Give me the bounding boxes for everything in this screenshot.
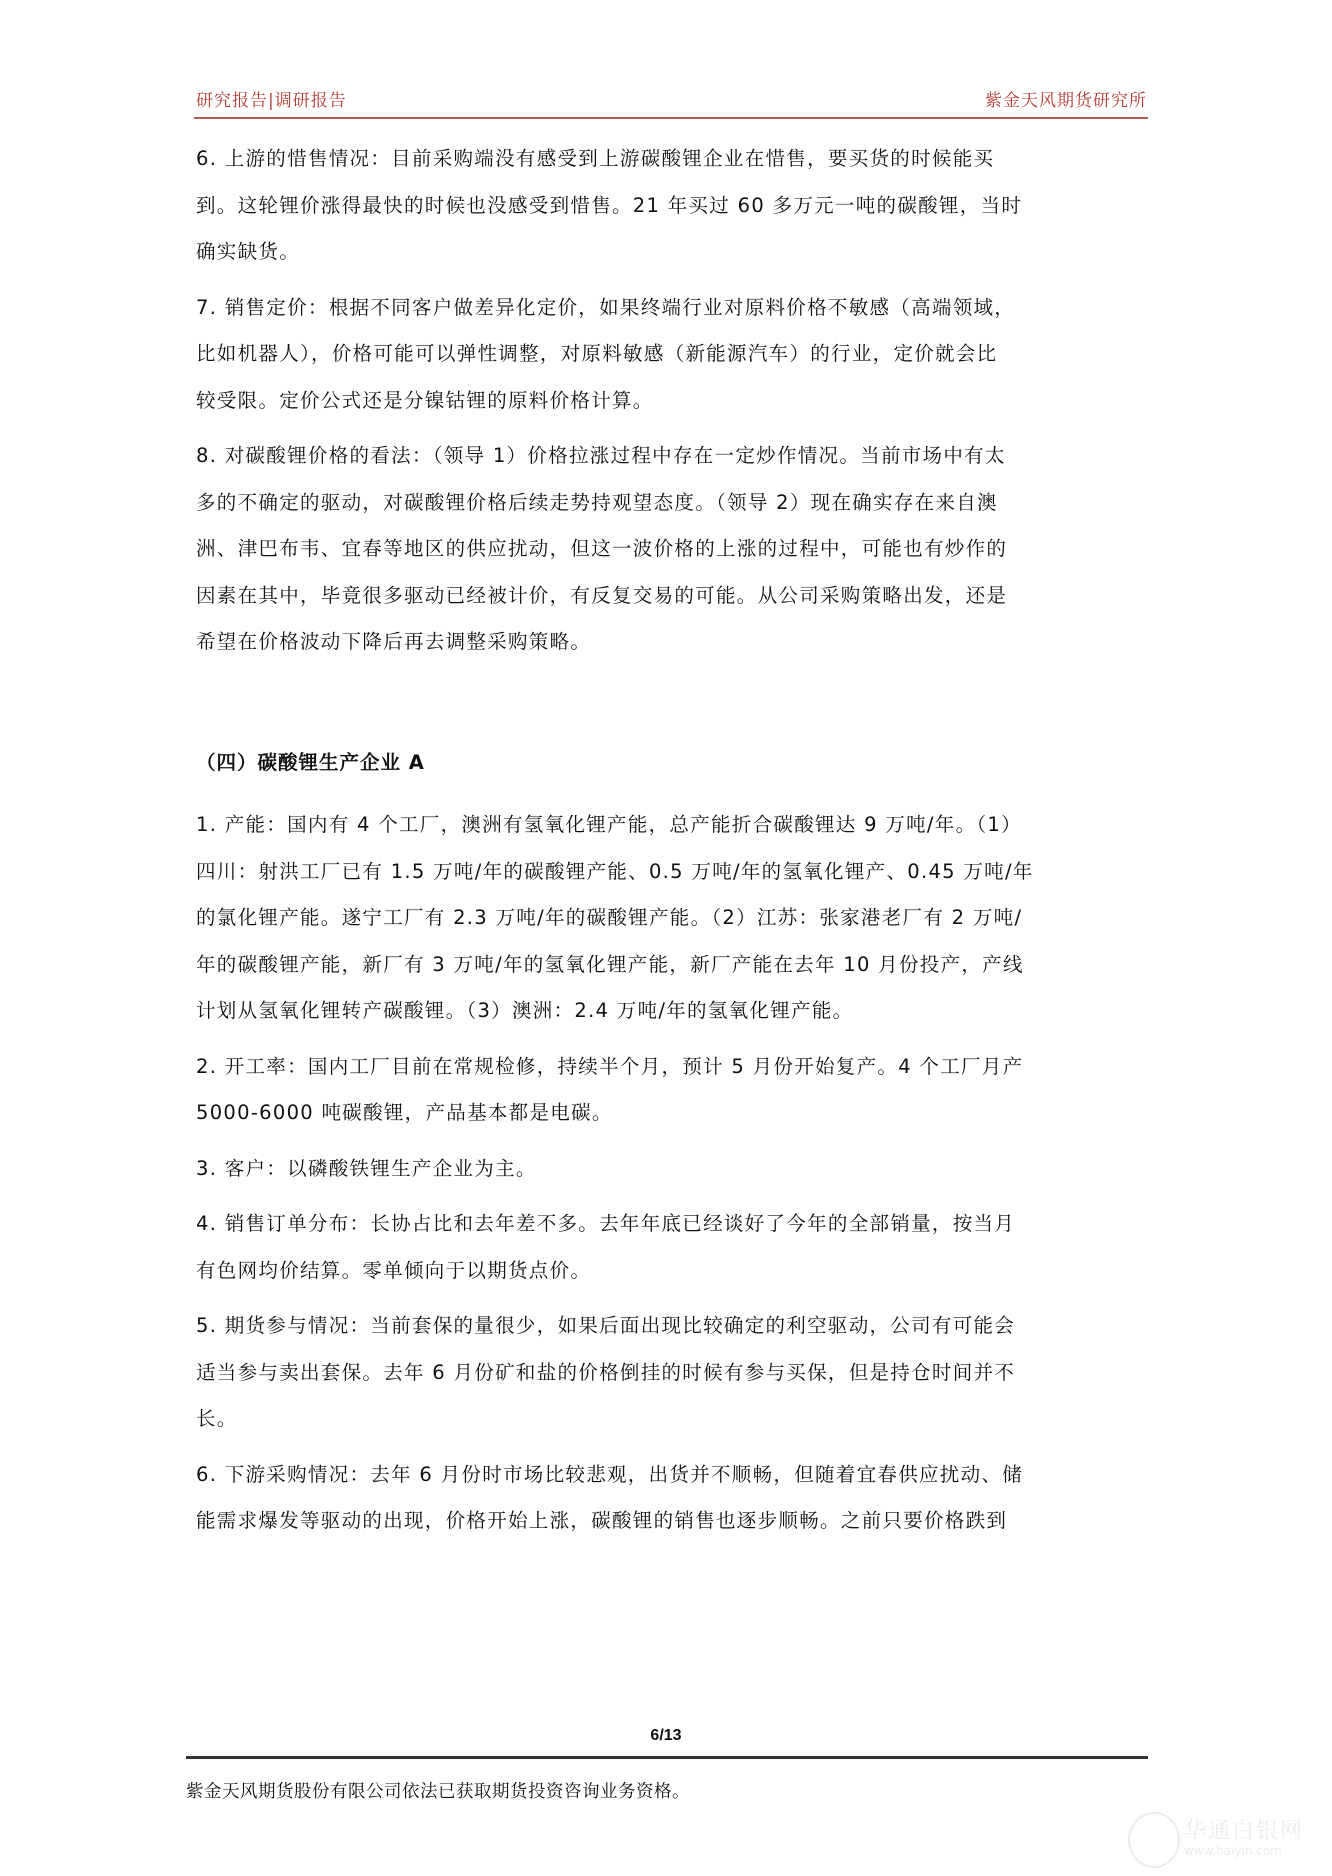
text-line: 因素在其中，毕竟很多驱动已经被计价，有反复交易的可能。从公司采购策略出发，还是	[196, 573, 1156, 620]
text-line: 确实缺货。	[196, 229, 1156, 276]
text-line: 到。这轮锂价涨得最快的时候也没感受到惜售。21 年买过 60 多万元一吨的碳酸锂…	[196, 183, 1156, 230]
text-line: 6. 上游的惜售情况：目前采购端没有感受到上游碳酸锂企业在惜售，要买货的时候能买	[196, 136, 1156, 183]
text-line: 2. 开工率：国内工厂目前在常规检修，持续半个月，预计 5 月份开始复产。4 个…	[196, 1044, 1156, 1091]
item-sales-orders: 4. 销售订单分布：长协占比和去年差不多。去年年底已经谈好了今年的全部销量，按当…	[196, 1201, 1156, 1294]
text-line: 四川：射洪工厂已有 1.5 万吨/年的碳酸锂产能、0.5 万吨/年的氢氧化锂产、…	[196, 849, 1156, 896]
text-line: 适当参与卖出套保。去年 6 月份矿和盐的价格倒挂的时候有参与买保，但是持仓时间并…	[196, 1350, 1156, 1397]
text-line: 希望在价格波动下降后再去调整采购策略。	[196, 619, 1156, 666]
text-line: 的氯化锂产能。遂宁工厂有 2.3 万吨/年的碳酸锂产能。（2）江苏：张家港老厂有…	[196, 895, 1156, 942]
document-body: 6. 上游的惜售情况：目前采购端没有感受到上游碳酸锂企业在惜售，要买货的时候能买…	[196, 136, 1156, 1545]
footer-disclaimer: 紫金天风期货股份有限公司依法已获取期货投资咨询业务资格。	[186, 1778, 690, 1803]
text-line: 4. 销售订单分布：长协占比和去年差不多。去年年底已经谈好了今年的全部销量，按当…	[196, 1201, 1156, 1248]
text-line: 多的不确定的驱动，对碳酸锂价格后续走势持观望态度。（领导 2）现在确实存在来自澳	[196, 480, 1156, 527]
text-line: 比如机器人），价格可能可以弹性调整，对原料敏感（新能源汽车）的行业，定价就会比	[196, 331, 1156, 378]
footer-divider	[186, 1756, 1148, 1759]
watermark-url: www.baiyin.com	[1184, 1844, 1282, 1858]
text-line: 1. 产能：国内有 4 个工厂，澳洲有氢氧化锂产能，总产能折合碳酸锂达 9 万吨…	[196, 802, 1156, 849]
watermark-title: 华通白银网	[1184, 1814, 1304, 1845]
text-line: 6. 下游采购情况：去年 6 月份时市场比较悲观，出货并不顺畅，但随着宜春供应扰…	[196, 1452, 1156, 1499]
text-line: 5. 期货参与情况：当前套保的量很少，如果后面出现比较确定的利空驱动，公司有可能…	[196, 1303, 1156, 1350]
item-customers: 3. 客户：以磷酸铁锂生产企业为主。	[196, 1146, 1156, 1193]
text-line: 有色网均价结算。零单倾向于以期货点价。	[196, 1248, 1156, 1295]
text-line: 洲、津巴布韦、宜春等地区的供应扰动，但这一波价格的上涨的过程中，可能也有炒作的	[196, 526, 1156, 573]
page-number: 6/13	[0, 1727, 1332, 1745]
item-capacity: 1. 产能：国内有 4 个工厂，澳洲有氢氧化锂产能，总产能折合碳酸锂达 9 万吨…	[196, 802, 1156, 1035]
text-line: 7. 销售定价：根据不同客户做差异化定价，如果终端行业对原料价格不敏感（高端领域…	[196, 285, 1156, 332]
item-downstream-purchasing: 6. 下游采购情况：去年 6 月份时市场比较悲观，出货并不顺畅，但随着宜春供应扰…	[196, 1452, 1156, 1545]
paragraph-upstream-hoarding: 6. 上游的惜售情况：目前采购端没有感受到上游碳酸锂企业在惜售，要买货的时候能买…	[196, 136, 1156, 276]
text-line: 年的碳酸锂产能，新厂有 3 万吨/年的氢氧化锂产能，新厂产能在去年 10 月份投…	[196, 942, 1156, 989]
text-line: 能需求爆发等驱动的出现，价格开始上涨，碳酸锂的销售也逐步顺畅。之前只要价格跌到	[196, 1498, 1156, 1545]
header-divider	[194, 117, 1148, 119]
report-type-label: 研究报告|调研报告	[196, 86, 347, 111]
paragraph-sales-pricing: 7. 销售定价：根据不同客户做差异化定价，如果终端行业对原料价格不敏感（高端领域…	[196, 285, 1156, 425]
text-line: 5000-6000 吨碳酸锂，产品基本都是电碳。	[196, 1090, 1156, 1137]
paragraph-price-view: 8. 对碳酸锂价格的看法：（领导 1）价格拉涨过程中存在一定炒作情况。当前市场中…	[196, 433, 1156, 666]
section-heading: （四）碳酸锂生产企业 A	[196, 740, 1156, 787]
text-line: 长。	[196, 1396, 1156, 1443]
text-line: 计划从氢氧化锂转产碳酸锂。（3）澳洲：2.4 万吨/年的氢氧化锂产能。	[196, 988, 1156, 1035]
text-line: 较受限。定价公式还是分镍钴锂的原料价格计算。	[196, 378, 1156, 425]
watermark: 华通白银网 www.baiyin.com	[1120, 1800, 1332, 1876]
text-line: 8. 对碳酸锂价格的看法：（领导 1）价格拉涨过程中存在一定炒作情况。当前市场中…	[196, 433, 1156, 480]
item-operating-rate: 2. 开工率：国内工厂目前在常规检修，持续半个月，预计 5 月份开始复产。4 个…	[196, 1044, 1156, 1137]
page-header: 研究报告|调研报告 紫金天风期货研究所	[196, 86, 1147, 118]
institute-name: 紫金天风期货研究所	[985, 86, 1147, 111]
item-futures-participation: 5. 期货参与情况：当前套保的量很少，如果后面出现比较确定的利空驱动，公司有可能…	[196, 1303, 1156, 1443]
watermark-logo-icon	[1128, 1812, 1180, 1868]
text-line: 3. 客户：以磷酸铁锂生产企业为主。	[196, 1146, 1156, 1193]
